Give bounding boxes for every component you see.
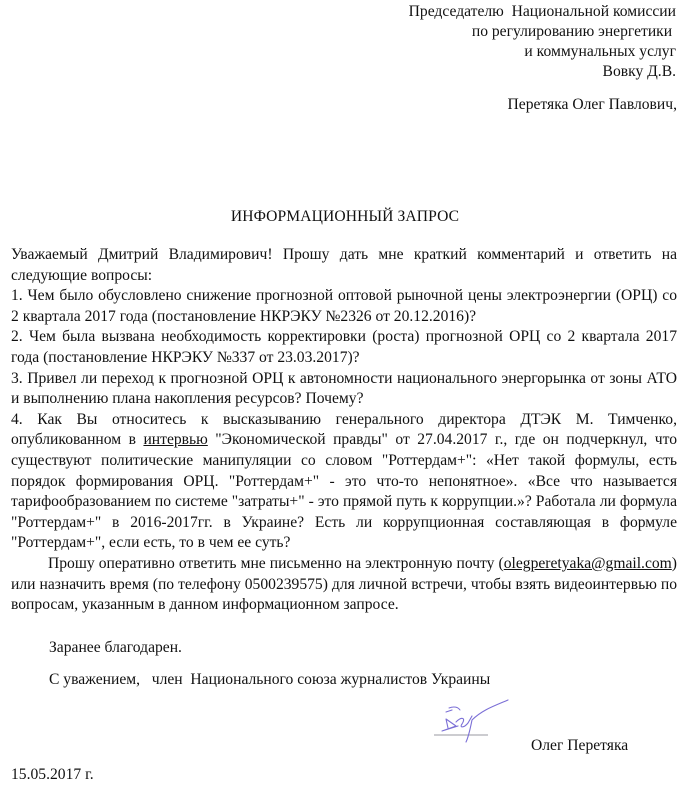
request-text-start: Прошу оперативно ответить мне письменно … bbox=[48, 555, 504, 572]
question-2: 2. Чем была вызвана необходимость коррек… bbox=[11, 327, 677, 368]
addressee-line-3: и коммунальных услуг bbox=[409, 42, 676, 62]
handwritten-signature bbox=[432, 698, 514, 746]
thanks-line: Заранее благодарен. bbox=[49, 638, 182, 658]
interview-link[interactable]: интервью bbox=[143, 431, 207, 448]
request-paragraph: Прошу оперативно ответить мне письменно … bbox=[11, 554, 677, 616]
question-1: 1. Чем было обусловлено снижение прогноз… bbox=[11, 286, 677, 327]
signature-icon bbox=[432, 698, 514, 746]
question-3: 3. Привел ли переход к прогнозной ОРЦ к … bbox=[11, 369, 677, 410]
email-link[interactable]: olegperetyaka@gmail.com bbox=[504, 555, 672, 572]
question-4-text-end: "Экономической правды" от 27.04.2017 г.,… bbox=[11, 431, 677, 551]
addressee-block: Председателю Национальной комиссии по ре… bbox=[409, 2, 676, 82]
addressee-line-2: по регулированию энергетики bbox=[409, 22, 676, 42]
addressee-line-1: Председателю Национальной комиссии bbox=[409, 2, 676, 22]
document-date: 15.05.2017 г. bbox=[11, 765, 94, 785]
document-body: Уважаемый Дмитрий Владимирович! Прошу да… bbox=[11, 245, 677, 616]
question-4: 4. Как Вы относитесь к высказыванию гене… bbox=[11, 410, 677, 554]
regards-line: С уважением, член Национального союза жу… bbox=[49, 670, 490, 690]
sender-name: Перетяка Олег Павлович, bbox=[508, 95, 677, 115]
signer-name: Олег Перетяка bbox=[531, 736, 628, 756]
greeting-paragraph: Уважаемый Дмитрий Владимирович! Прошу да… bbox=[11, 245, 677, 286]
document-title: ИНФОРМАЦИОННЫЙ ЗАПРОС bbox=[0, 207, 690, 227]
addressee-line-4: Вовку Д.В. bbox=[409, 62, 676, 82]
